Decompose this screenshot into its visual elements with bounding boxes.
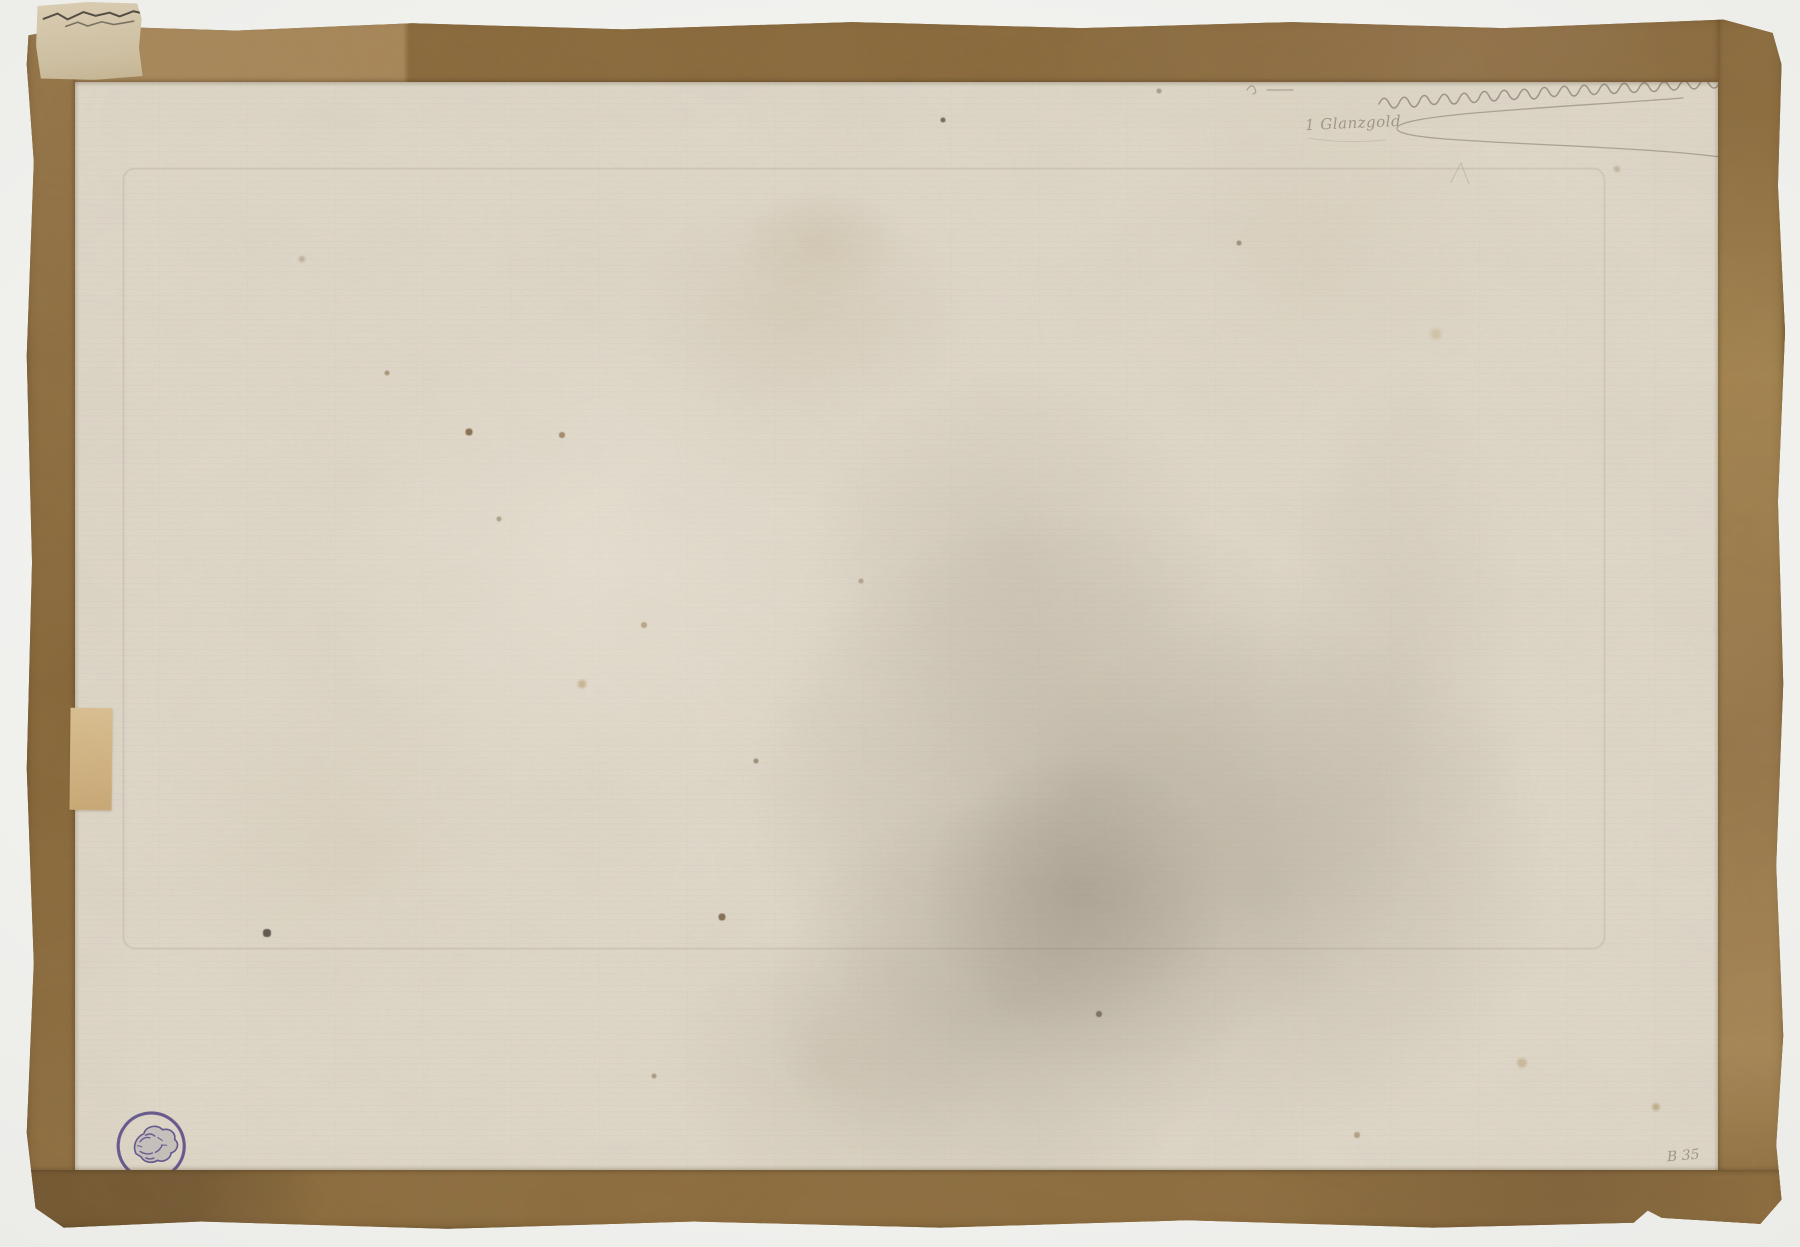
tape-remnant-left (69, 708, 112, 810)
tape-strip-left (25, 16, 75, 1230)
paper-field: 1 Glanzgold B 35 (71, 78, 1718, 1172)
pencil-signature (71, 78, 1718, 1170)
artwork-verso-sheet: 1 Glanzgold B 35 (25, 16, 1785, 1230)
photo-backdrop: 1 Glanzgold B 35 (0, 0, 1800, 1247)
tape-strip-right (1718, 16, 1785, 1230)
inscription-corner-mark: B 35 (1666, 1147, 1700, 1166)
tape-patch-top-left (35, 1, 142, 81)
tape-strip-bottom (25, 1170, 1785, 1230)
tape-strip-top (25, 16, 1785, 82)
